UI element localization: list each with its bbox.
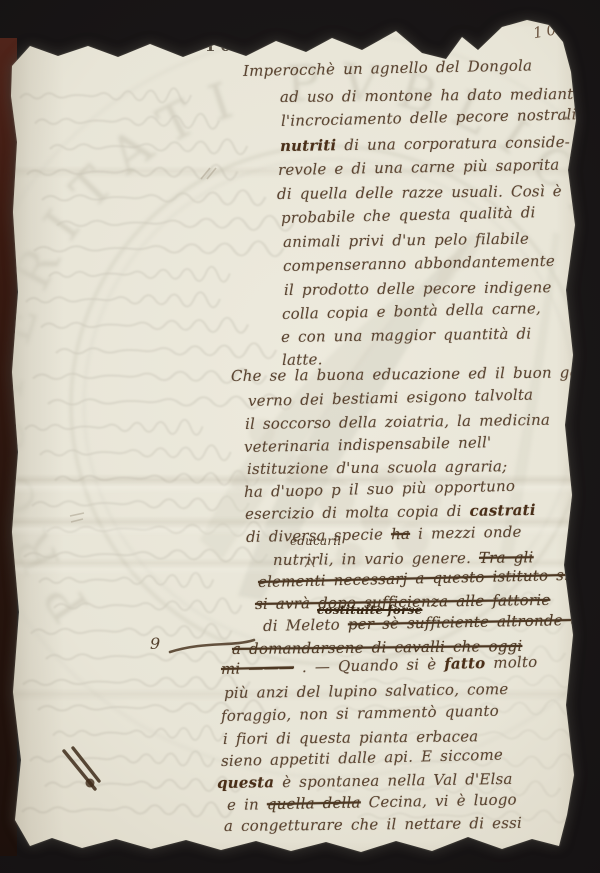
handwritten-text: Che se la buona educazione ed il buon go… (231, 363, 584, 385)
ink-blot (86, 779, 95, 788)
handwritten-text: il soccorso della zoiatria, la medicina (245, 411, 550, 433)
handwritten-page-number: 10 (532, 20, 562, 42)
handwritten-text: di Meleto (263, 615, 348, 635)
manuscript-line: compenseranno abbondantemente (283, 252, 555, 275)
manuscript-line: questa è spontanea nella Val d'Elsa (217, 770, 513, 792)
handwritten-text: i fiori di questa pianta erbacea (223, 727, 479, 748)
handwritten-text: di una corporatura conside- (336, 133, 570, 154)
manuscript-line: veterinaria indispensabile nell' (244, 433, 492, 456)
manuscript-line: e in quella della Cecina, vi è luogo (227, 790, 517, 814)
manuscript-scan: PROSPERITATI PVBLICAE (0, 0, 600, 873)
overwritten-text: questa (217, 773, 274, 792)
manuscript-line: l'incrociamento delle pecore nostrali (281, 105, 577, 130)
manuscript-line: elementi necessarj a questo istituto si … (258, 565, 592, 591)
manuscript-line: di diversa specie ha i mezzi onde (246, 523, 522, 546)
manuscript-line: verno dei bestiami esigono talvolta (248, 386, 534, 410)
manuscript-line: il prodotto delle pecore indigene (284, 278, 552, 299)
handwritten-text: ad uso di montone ha dato mediante (280, 85, 583, 106)
handwritten-text: è spontanea nella Val d'Elsa (274, 770, 513, 791)
paper-wrap: PROSPERITATI PVBLICAE (0, 0, 600, 873)
manuscript-line: sieno appetiti dalle api. E siccome (221, 746, 503, 770)
manuscript-line: di Meleto per sè sufficiente altronde di (263, 611, 586, 635)
handwritten-text: di quella delle razze usuali. Così è (277, 182, 562, 203)
pencil-scribble-2 (70, 513, 84, 522)
ink-speck (583, 207, 586, 210)
manuscript-line: nutriti di una corporatura conside- (280, 133, 570, 155)
handwritten-text: veterinaria indispensabile nell' (244, 433, 492, 456)
handwritten-text: più anzi del lupino salvatico, come (224, 680, 509, 702)
handwritten-text: l'incrociamento delle pecore nostrali (281, 105, 577, 130)
overwritten-text: fatto (444, 654, 485, 673)
handwritten-text: ha d'uopo p il suo più opportuno (244, 477, 515, 501)
handwritten-text: colla copia e bontà della carne, (282, 299, 541, 323)
struck-text: ha (391, 525, 410, 543)
struck-text: mi ——— (221, 658, 294, 678)
manuscript-line: probabile che questa qualità di (281, 203, 536, 227)
handwritten-text: verno dei bestiami esigono talvolta (248, 386, 534, 410)
handwritten-text: Cecina, vi è luogo (361, 790, 517, 811)
handwritten-text: . — Quando si è (294, 655, 445, 676)
handwritten-text: i mezzi onde (410, 523, 522, 543)
handwritten-text: Imperocchè un agnello del Dongola (243, 56, 533, 80)
manuscript-line: colla copia e bontà della carne, (282, 299, 541, 323)
manuscript-line: nutrirli, in vario genere. Tra gli (273, 548, 534, 569)
manuscript-line: di quella delle razze usuali. Così è (277, 182, 562, 203)
handwritten-text: e in (227, 795, 267, 814)
handwritten-text: e con una maggior quantità di (281, 325, 532, 346)
manuscript-line: più anzi del lupino salvatico, come (224, 680, 509, 702)
manuscript-line: ad uso di montone ha dato mediante (280, 85, 583, 106)
pencil-scribble (201, 168, 216, 179)
interline-insertion: educarli (290, 534, 341, 548)
handwritten-text: istituzione d'una scuola agraria; (247, 457, 508, 478)
manuscript-line: revole e di una carne più saporita (278, 156, 560, 179)
manuscript-line: istituzione d'una scuola agraria; (247, 457, 508, 478)
struck-text: quella della (267, 793, 361, 813)
interline-insertion: costituite forse (317, 603, 422, 617)
handwritten-text: compenseranno abbondantemente (283, 252, 555, 275)
handwritten-text: probabile che questa qualità di (281, 203, 536, 227)
struck-text: elementi necessarj a questo istituto si … (258, 565, 592, 591)
manuscript-line: Imperocchè un agnello del Dongola (243, 56, 533, 80)
struck-text: Tra gli (479, 548, 534, 567)
handwritten-text: il prodotto delle pecore indigene (284, 278, 552, 299)
manuscript-line: animali privi d'un pelo filabile (283, 230, 529, 251)
manuscript-line: Che se la buona educazione ed il buon go… (231, 363, 584, 385)
manuscript-page: PROSPERITATI PVBLICAE (0, 0, 600, 873)
manuscript-line: foraggio, non si rammentò quanto (221, 702, 499, 725)
handwritten-text: foraggio, non si rammentò quanto (221, 702, 499, 725)
handwritten-text: esercizio di molta copia di (245, 502, 470, 523)
handwritten-text: molto (485, 653, 537, 672)
margin-insert-number: 9 (150, 634, 160, 653)
manuscript-line: esercizio di molta copia di castrati (245, 501, 536, 523)
manuscript-line: ha d'uopo p il suo più opportuno (244, 477, 515, 501)
ink-blot-strokes (64, 748, 99, 789)
manuscript-line: e con una maggior quantità di (281, 325, 532, 346)
handwritten-text: revole e di una carne più saporita (278, 156, 560, 179)
overwritten-text: castrati (469, 501, 535, 520)
manuscript-line: a congetturare che il nettare di essi (224, 814, 522, 835)
printed-page-number: 10 (205, 37, 236, 55)
handwritten-text: nutrirli, in vario genere. (273, 549, 479, 569)
manuscript-line: i fiori di questa pianta erbacea (223, 727, 479, 748)
manuscript-line: il soccorso della zoiatria, la medicina (245, 411, 550, 433)
handwritten-text: animali privi d'un pelo filabile (283, 230, 529, 251)
overwritten-text: nutriti (280, 136, 337, 155)
handwritten-text: sieno appetiti dalle api. E siccome (221, 746, 503, 770)
handwritten-text: a congetturare che il nettare di essi (224, 814, 522, 835)
